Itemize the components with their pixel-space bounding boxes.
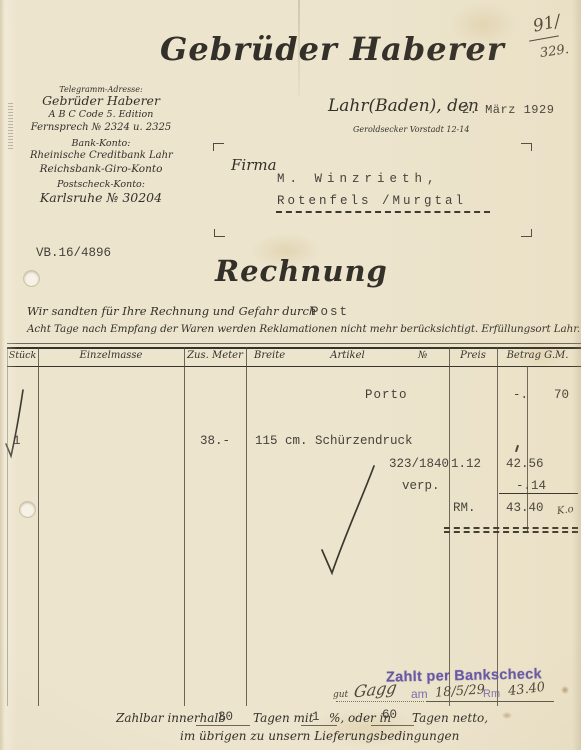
row-item-amount: 42.56 <box>506 457 544 471</box>
column-line-einzelmasse <box>184 347 185 706</box>
street-line: Geroldsecker Vorstadt 12-14 <box>353 125 469 134</box>
recipient-city: Rotenfels /Murgtal <box>277 194 466 208</box>
handwritten-tick-mark <box>515 445 519 452</box>
paper-speck <box>561 686 569 694</box>
table-header-underline <box>7 366 581 367</box>
row-packing-label: verp. <box>402 479 440 493</box>
crop-mark-top-left <box>213 143 224 151</box>
intro-line-1: Wir sandten für Ihre Rechnung und Gefahr… <box>27 304 316 318</box>
column-line-zusmeter <box>246 347 247 706</box>
handwritten-payment-date: 18/5/29 <box>435 682 486 700</box>
terms-blank-underline <box>371 725 414 726</box>
crop-mark-top-right <box>521 143 532 151</box>
letterhead-line: Karlsruhe № 30204 <box>30 190 172 205</box>
table-header-einzelmasse: Einzelmasse <box>38 350 184 361</box>
grand-total-dashed-rule-1 <box>444 527 578 529</box>
terms-line-2: im übrigen zu unsern Lieferungsbedingung… <box>180 729 459 743</box>
row-item-price: 1.12 <box>451 457 481 471</box>
invoice-page: 91/ 329. Gebrüder Haberer Telegramm-Adre… <box>0 0 581 750</box>
place-date-printed: Lahr(Baden), den <box>328 96 479 116</box>
total-currency: RM. <box>453 501 476 515</box>
handwritten-flourish-checkmark <box>300 430 400 590</box>
terms-days-1: 30 <box>218 710 233 724</box>
punch-hole <box>24 271 39 286</box>
terms-blank-underline <box>301 725 337 726</box>
handwritten-signature: Gagg <box>353 678 399 702</box>
terms-discount: 1 <box>312 710 320 724</box>
table-top-rule-thick <box>7 347 581 349</box>
column-line-stueck <box>38 347 39 706</box>
punch-hole <box>20 502 35 517</box>
row-porto-amount-mark: -. <box>505 388 528 402</box>
row-porto-amount-pf: 70 <box>554 388 569 402</box>
terms-part-1: Zahlbar innerhalb <box>116 711 226 725</box>
row-porto-article: Porto <box>365 388 408 402</box>
terms-blank-underline <box>196 725 250 726</box>
handwritten-payment-amount: 43.40 <box>507 680 546 699</box>
paper-speck <box>502 712 512 719</box>
letterhead-line: Fernsprech № 2324 u. 2325 <box>30 122 172 133</box>
stamp-fill-line <box>426 701 554 702</box>
printer-imprint <box>8 101 13 149</box>
recipient-name: M. Winzrieth, <box>277 172 440 186</box>
grand-total-dashed-rule-2 <box>444 531 578 533</box>
handwritten-folio-top: 91/ <box>531 11 562 36</box>
letterhead-line: Bank-Konto: <box>30 138 172 149</box>
terms-days-2: 60 <box>382 708 397 722</box>
letterhead-line: Gebrüder Haberer <box>30 93 172 108</box>
handwritten-folio-bottom: 329. <box>539 42 570 61</box>
reference-number: VB.16/4896 <box>36 246 111 260</box>
total-rule <box>499 493 578 494</box>
handwritten-ko-note: K.o <box>556 504 574 517</box>
bank-stamp-rm-label: Rm <box>483 688 500 700</box>
shipping-method: Post <box>311 305 349 319</box>
table-header-betrag: Betrag G.M. <box>497 350 578 361</box>
company-name: Gebrüder Haberer <box>160 30 420 68</box>
crop-mark-bottom-right <box>521 229 532 237</box>
invoice-title: Rechnung <box>215 254 375 288</box>
letterhead-line: Rheinische Creditbank Lahr <box>30 150 172 161</box>
table-top-rule-thin <box>7 343 581 344</box>
table-header-preis: Preis <box>449 350 497 361</box>
table-header-stueck: Stück <box>7 350 38 361</box>
letterhead-line: Postscheck-Konto: <box>30 179 172 190</box>
date-typed: 2. März 1929 <box>462 103 554 117</box>
letterhead-line: Reichsbank-Giro-Konto <box>30 163 172 175</box>
row-packing-amount: -.14 <box>516 479 546 493</box>
handwritten-payment-word: gut <box>333 690 348 700</box>
folio-underline <box>529 35 559 41</box>
handwritten-checkmark-left-margin <box>0 382 30 462</box>
stamp-dotted-line <box>336 701 424 702</box>
row-item-meters: 38.- <box>200 434 230 448</box>
crop-mark-bottom-left <box>214 229 225 237</box>
table-header-zus-meter: Zus. Meter <box>184 350 246 361</box>
terms-part-2: Tagen mit <box>253 711 314 725</box>
table-header-nr: № <box>418 350 427 361</box>
intro-line-2: Acht Tage nach Empfang der Waren werden … <box>27 323 580 335</box>
address-underline <box>276 211 490 213</box>
letterhead-line: A B C Code 5. Edition <box>30 109 172 120</box>
bank-stamp-am-label: am <box>411 687 428 701</box>
terms-part-4: Tagen netto, <box>412 711 488 725</box>
total-amount: 43.40 <box>506 501 544 515</box>
firma-label: Firma <box>231 156 277 174</box>
